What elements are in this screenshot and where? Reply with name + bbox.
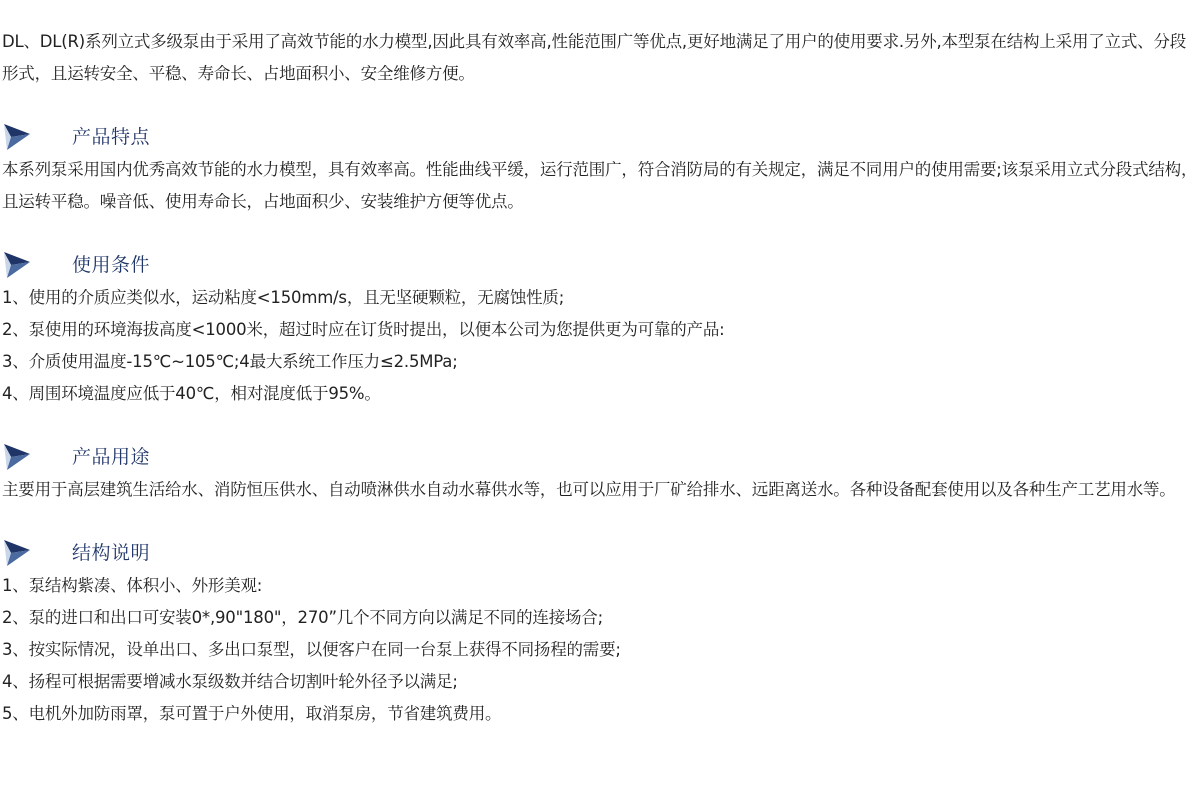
section-title: 产品特点 [72, 120, 150, 154]
list-item: 3、介质使用温度-15℃~105℃;4最大系统工作压力≤2.5MPa; [2, 346, 1198, 378]
triangle-arrow-icon [2, 538, 32, 568]
list-item: 4、周围环境温度应低于40℃，相对混度低于95%。 [2, 378, 1198, 410]
triangle-arrow-icon [2, 122, 32, 152]
list-item: 1、泵结构紫凑、体积小、外形美观: [2, 570, 1198, 602]
list-item: 2、泵使用的环境海拔高度<1000米，超过时应在订货时提出，以便本公司为您提供更… [2, 314, 1198, 346]
triangle-arrow-icon [2, 442, 32, 472]
section-header: 产品特点 [2, 120, 1198, 154]
section-applications: 产品用途 主要用于高层建筑生活给水、消防恒压供水、自动喷淋供水自动水幕供水等，也… [2, 440, 1198, 506]
product-description: DL、DL(R)系列立式多级泵由于采用了高效节能的水力模型,因此具有效率高,性能… [2, 26, 1198, 760]
section-features: 产品特点 本系列泵采用国内优秀高效节能的水力模型，具有效率高。性能曲线平缓，运行… [2, 120, 1198, 218]
section-title: 产品用途 [72, 440, 150, 474]
section-header: 产品用途 [2, 440, 1198, 474]
section-paragraph: 本系列泵采用国内优秀高效节能的水力模型，具有效率高。性能曲线平缓，运行范围广，符… [2, 154, 1198, 218]
list-item: 2、泵的进口和出口可安装0*,90"180"，270”几个不同方向以满足不同的连… [2, 602, 1198, 634]
list-item: 4、扬程可根据需要增减水泵级数并结合切割叶轮外径予以满足; [2, 666, 1198, 698]
section-title: 结构说明 [72, 536, 150, 570]
section-header: 结构说明 [2, 536, 1198, 570]
list-item: 1、使用的介质应类似水，运动粘度<150mm/s，且无坚硬颗粒，无腐蚀性质; [2, 282, 1198, 314]
section-paragraph: 主要用于高层建筑生活给水、消防恒压供水、自动喷淋供水自动水幕供水等，也可以应用于… [2, 474, 1198, 506]
intro-paragraph: DL、DL(R)系列立式多级泵由于采用了高效节能的水力模型,因此具有效率高,性能… [2, 26, 1198, 90]
section-title: 使用条件 [72, 248, 150, 282]
list-item: 3、按实际情况，设单出口、多出口泵型，以便客户在同一台泵上获得不同扬程的需要; [2, 634, 1198, 666]
section-structure: 结构说明 1、泵结构紫凑、体积小、外形美观: 2、泵的进口和出口可安装0*,90… [2, 536, 1198, 730]
list-item: 5、电机外加防雨罩，泵可置于户外使用，取消泵房，节省建筑费用。 [2, 698, 1198, 730]
section-header: 使用条件 [2, 248, 1198, 282]
section-conditions: 使用条件 1、使用的介质应类似水，运动粘度<150mm/s，且无坚硬颗粒，无腐蚀… [2, 248, 1198, 410]
triangle-arrow-icon [2, 250, 32, 280]
